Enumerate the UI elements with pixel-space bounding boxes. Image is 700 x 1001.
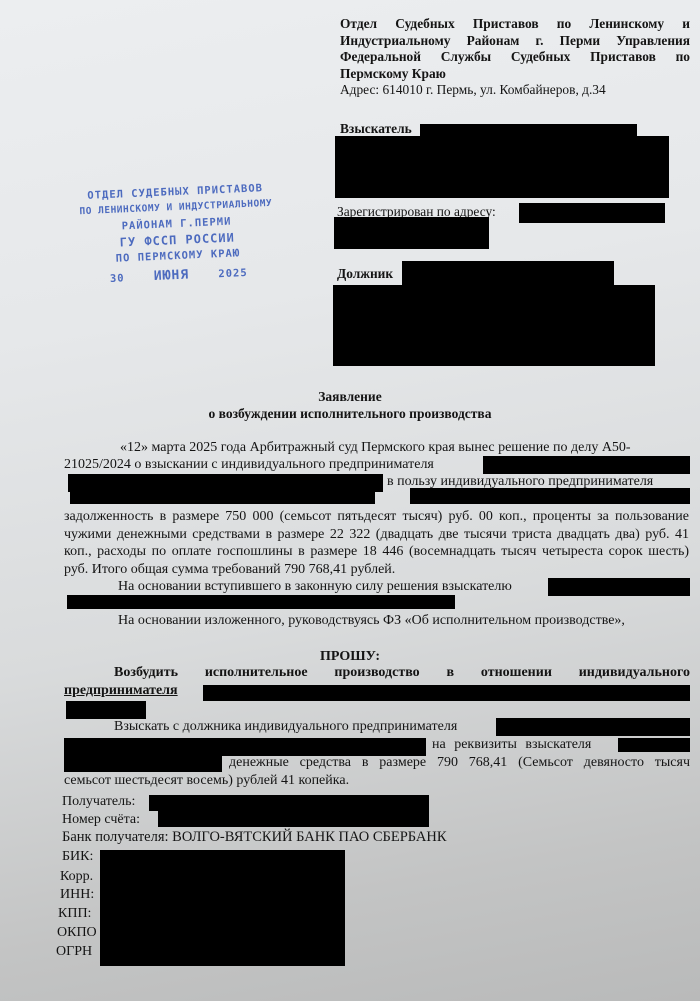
redaction-block [64, 754, 222, 772]
paragraph-3: На основании изложенного, руководствуясь… [118, 613, 625, 629]
org-line: Федеральной Службы Судебных Приставов по [340, 49, 690, 66]
word: в [447, 665, 455, 681]
redaction-block [333, 285, 655, 366]
redaction-block [203, 685, 690, 701]
redaction-block [402, 261, 614, 286]
claimant-label: Взыскатель [340, 121, 412, 137]
redaction-block [410, 488, 690, 504]
document-subtitle: о возбуждении исполнительного производст… [0, 405, 700, 423]
collect-line-3: денежные средства в размере 790 768,41 (… [229, 755, 690, 771]
paragraph-1-body: задолженность в размере 750 000 (семьсот… [64, 508, 689, 578]
paragraph-1-line-2: 21025/2024 о взыскании с индивидуального… [64, 457, 434, 473]
redaction-block [335, 136, 669, 198]
redaction-block [70, 488, 375, 504]
request-heading: ПРОШУ: [0, 648, 700, 666]
org-address: Адрес: 614010 г. Пермь, ул. Комбайнеров,… [340, 82, 690, 99]
redaction-block [67, 595, 455, 609]
collect-line-4: семьсот шестьдесят восемь) рублей 41 коп… [64, 773, 349, 789]
stamp-date-month: ИЮНЯ [154, 268, 190, 285]
account-label: Номер счёта: [62, 812, 140, 828]
redaction-block [334, 217, 489, 249]
official-stamp: ОТДЕЛ СУДЕБНЫХ ПРИСТАВОВ ПО ЛЕНИНСКОМУ И… [70, 179, 284, 288]
collect-line-2: на реквизиты взыскателя [432, 737, 607, 753]
redaction-block [66, 701, 146, 719]
redaction-block [548, 578, 690, 596]
recipient-label: Получатель: [62, 794, 135, 810]
redaction-block [496, 718, 690, 736]
word: производство [334, 665, 419, 681]
request-line-2: предпринимателя [64, 683, 178, 699]
okpo-label: ОКПО [57, 925, 97, 941]
recipient-organization: Отдел Судебных Приставов по Ленинскому и… [340, 16, 690, 99]
bik-label: БИК: [62, 849, 93, 865]
kpp-label: КПП: [58, 906, 91, 922]
stamp-date-day: 30 [110, 272, 125, 285]
word: исполнительное [205, 665, 308, 681]
org-line: Индустриальному Районам г. Перми Управле… [340, 33, 690, 50]
redaction-block [100, 850, 345, 966]
word: Возбудить [114, 665, 178, 681]
word: отношении [481, 665, 552, 681]
redaction-block [519, 203, 665, 223]
debtor-label: Должник [337, 266, 393, 282]
request-line-1: Возбудить исполнительное производство в … [114, 665, 690, 681]
collect-line-1: Взыскать с должника индивидуального пред… [114, 719, 457, 735]
inn-label: ИНН: [60, 887, 94, 903]
paragraph-2: На основании вступившего в законную силу… [118, 579, 512, 595]
org-line: Пермскому Краю [340, 66, 690, 83]
stamp-date-year: 2025 [218, 267, 248, 280]
redaction-block [618, 738, 690, 752]
org-line: Отдел Судебных Приставов по Ленинскому и [340, 16, 690, 33]
ogrn-label: ОГРН [56, 944, 92, 960]
redaction-block [149, 795, 429, 811]
word: индивидуального [579, 665, 690, 681]
paragraph-1-line-1: «12» марта 2025 года Арбитражный суд Пер… [120, 440, 690, 456]
text: «12» марта 2025 года Арбитражный суд Пер… [120, 440, 631, 455]
document-title: Заявление [0, 388, 700, 406]
corr-account-label: Корр. [60, 869, 93, 885]
redaction-block [158, 810, 429, 827]
redaction-block [483, 456, 690, 474]
bank-name: Банк получателя: ВОЛГО-ВЯТСКИЙ БАНК ПАО … [62, 829, 447, 846]
